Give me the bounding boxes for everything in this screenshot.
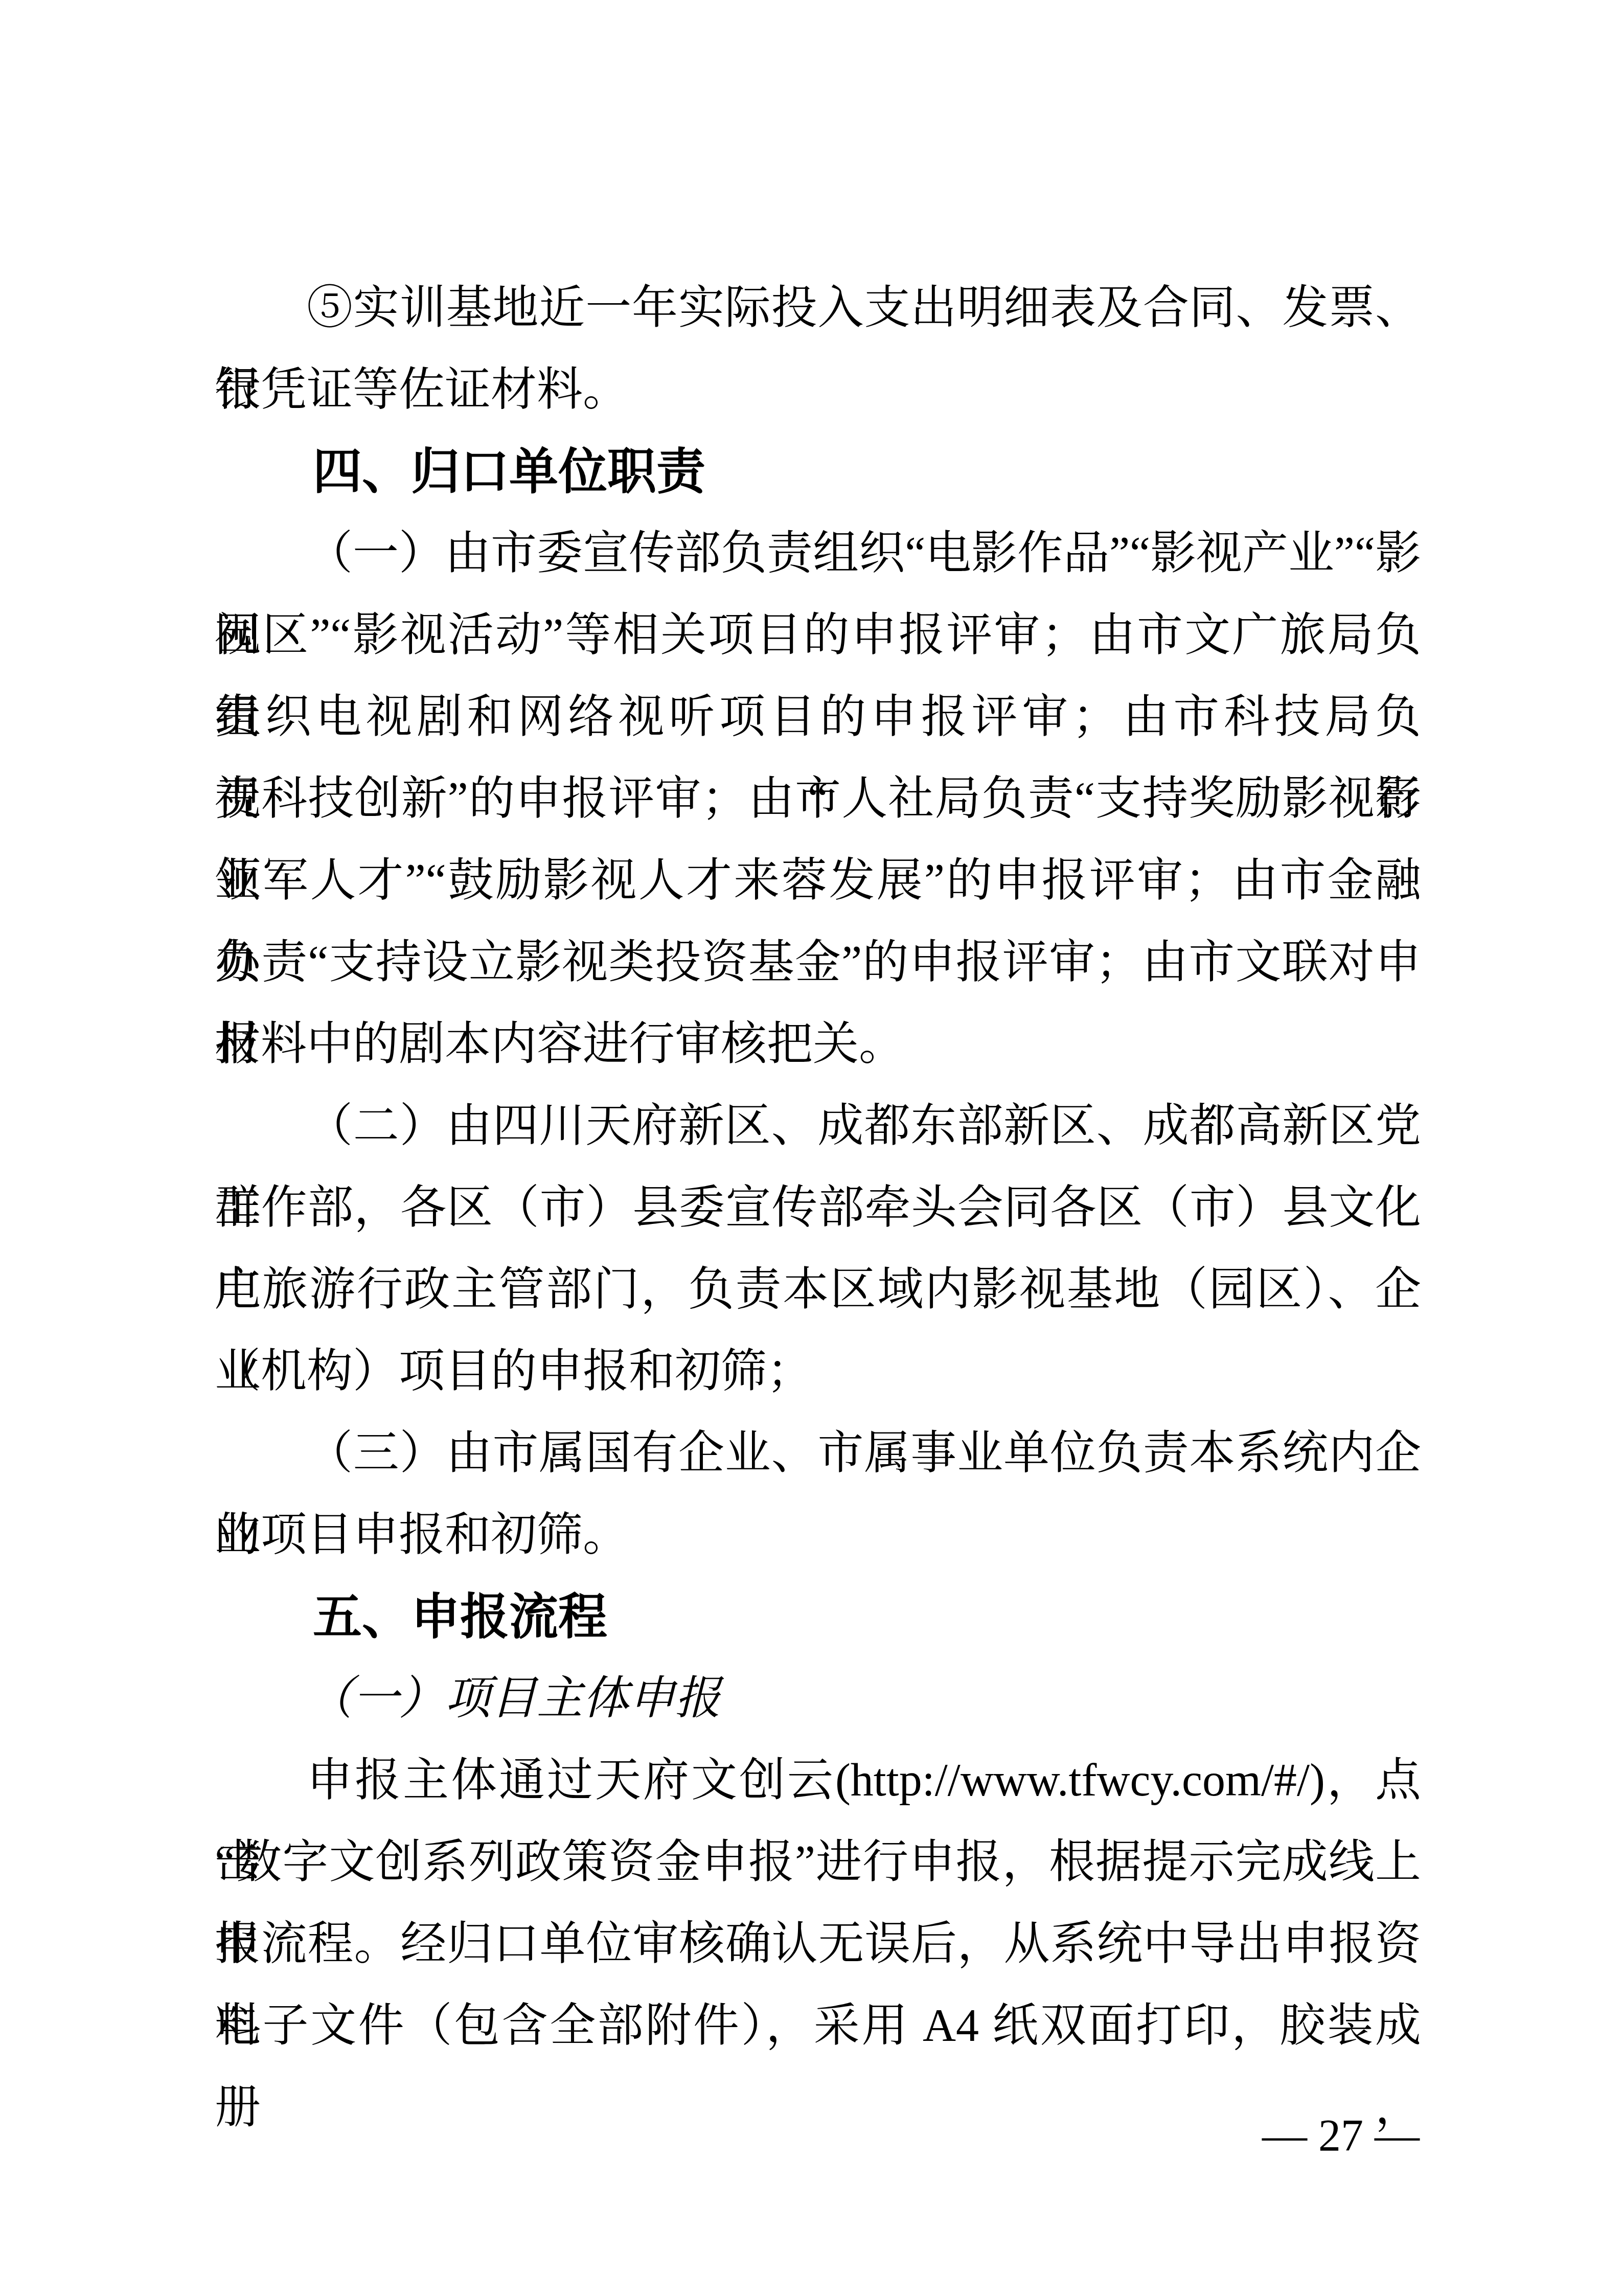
page-number: — 27 — (1262, 2105, 1420, 2167)
text-line: 申报主体通过天府文创云(http://www.tfwcy.com/#/)，点击 (215, 1740, 1421, 1822)
document-body: ⑤实训基地近一年实际投入支出明细表及合同、发票、银行凭证等佐证材料。四、归口单位… (215, 267, 1421, 2067)
text-line: 报流程。经归口单位审核确认无误后，从系统中导出申报资料 (215, 1903, 1421, 1985)
text-line: 四、归口单位职责 (215, 431, 1421, 513)
text-line: 视科技创新”的申报评审；由市人社局负责“支持奖励影视行业 (215, 758, 1421, 840)
text-line: 的项目申报和初筛。 (215, 1494, 1421, 1576)
text-line: 材料中的剧本内容进行审核把关。 (215, 1004, 1421, 1085)
text-line: 电旅游行政主管部门，负责本区域内影视基地（园区）、企业 (215, 1249, 1421, 1331)
document-page: ⑤实训基地近一年实际投入支出明细表及合同、发票、银行凭证等佐证材料。四、归口单位… (0, 0, 1623, 2296)
text-line: 电子文件（包含全部附件），采用 A4 纸双面打印，胶装成册， (215, 1985, 1421, 2067)
text-line: （机构）项目的申报和初筛； (215, 1331, 1421, 1413)
text-line: 五、申报流程 (215, 1576, 1421, 1658)
text-line: （一）项目主体申报 (215, 1658, 1421, 1740)
text-line: （一）由市委宣传部负责组织“电影作品”“影视产业”“影视 (215, 513, 1421, 595)
text-line: 园区”“影视活动”等相关项目的申报评审；由市文广旅局负责 (215, 595, 1421, 676)
text-line: 行凭证等佐证材料。 (215, 349, 1421, 431)
text-line: （三）由市属国有企业、市属事业单位负责本系统内企业 (215, 1413, 1421, 1494)
text-line: ⑤实训基地近一年实际投入支出明细表及合同、发票、银 (215, 267, 1421, 349)
text-line: 组织电视剧和网络视听项目的申报评审；由市科技局负责“影 (215, 676, 1421, 758)
text-line: 领军人才”“鼓励影视人才来蓉发展”的申报评审；由市金融办 (215, 840, 1421, 922)
text-line: 工作部，各区（市）县委宣传部牵头会同各区（市）县文化广 (215, 1167, 1421, 1249)
text-line: 负责“支持设立影视类投资基金”的申报评审；由市文联对申报 (215, 922, 1421, 1004)
text-line: （二）由四川天府新区、成都东部新区、成都高新区党群 (215, 1085, 1421, 1167)
text-line: “数字文创系列政策资金申报”进行申报，根据提示完成线上申 (215, 1822, 1421, 1903)
